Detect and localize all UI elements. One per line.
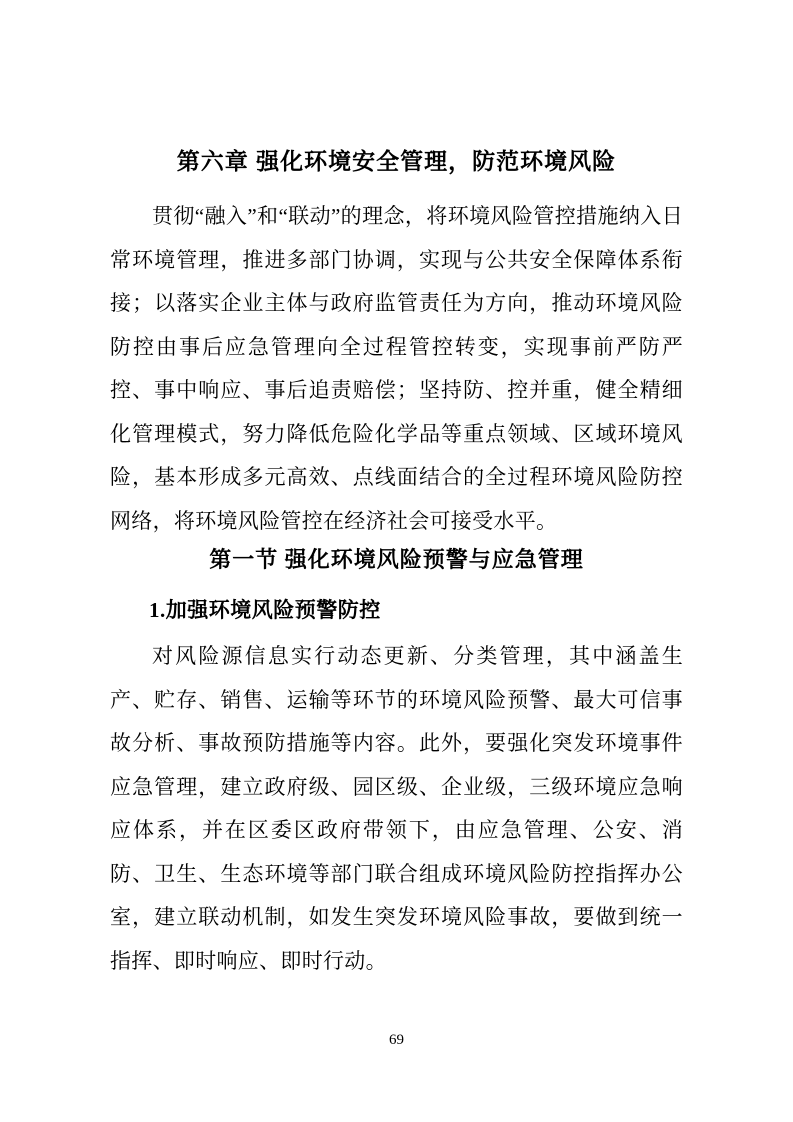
section-title: 第一节 强化环境风险预警与应急管理 bbox=[0, 546, 793, 574]
page-number: 69 bbox=[0, 1030, 793, 1050]
paragraph-risk-warning: 对风险源信息实行动态更新、分类管理，其中涵盖生产、贮存、销售、运输等环节的环境风… bbox=[110, 635, 683, 983]
document-page: 第六章 强化环境安全管理，防范环境风险 贯彻“融入”和“联动”的理念，将环境风险… bbox=[0, 0, 793, 1122]
subsection-title: 1.加强环境风险预警防控 bbox=[149, 597, 381, 624]
chapter-title: 第六章 强化环境安全管理，防范环境风险 bbox=[0, 146, 793, 176]
paragraph-chapter-intro: 贯彻“融入”和“联动”的理念，将环境风险管控措施纳入日常环境管理，推进多部门协调… bbox=[110, 195, 683, 543]
